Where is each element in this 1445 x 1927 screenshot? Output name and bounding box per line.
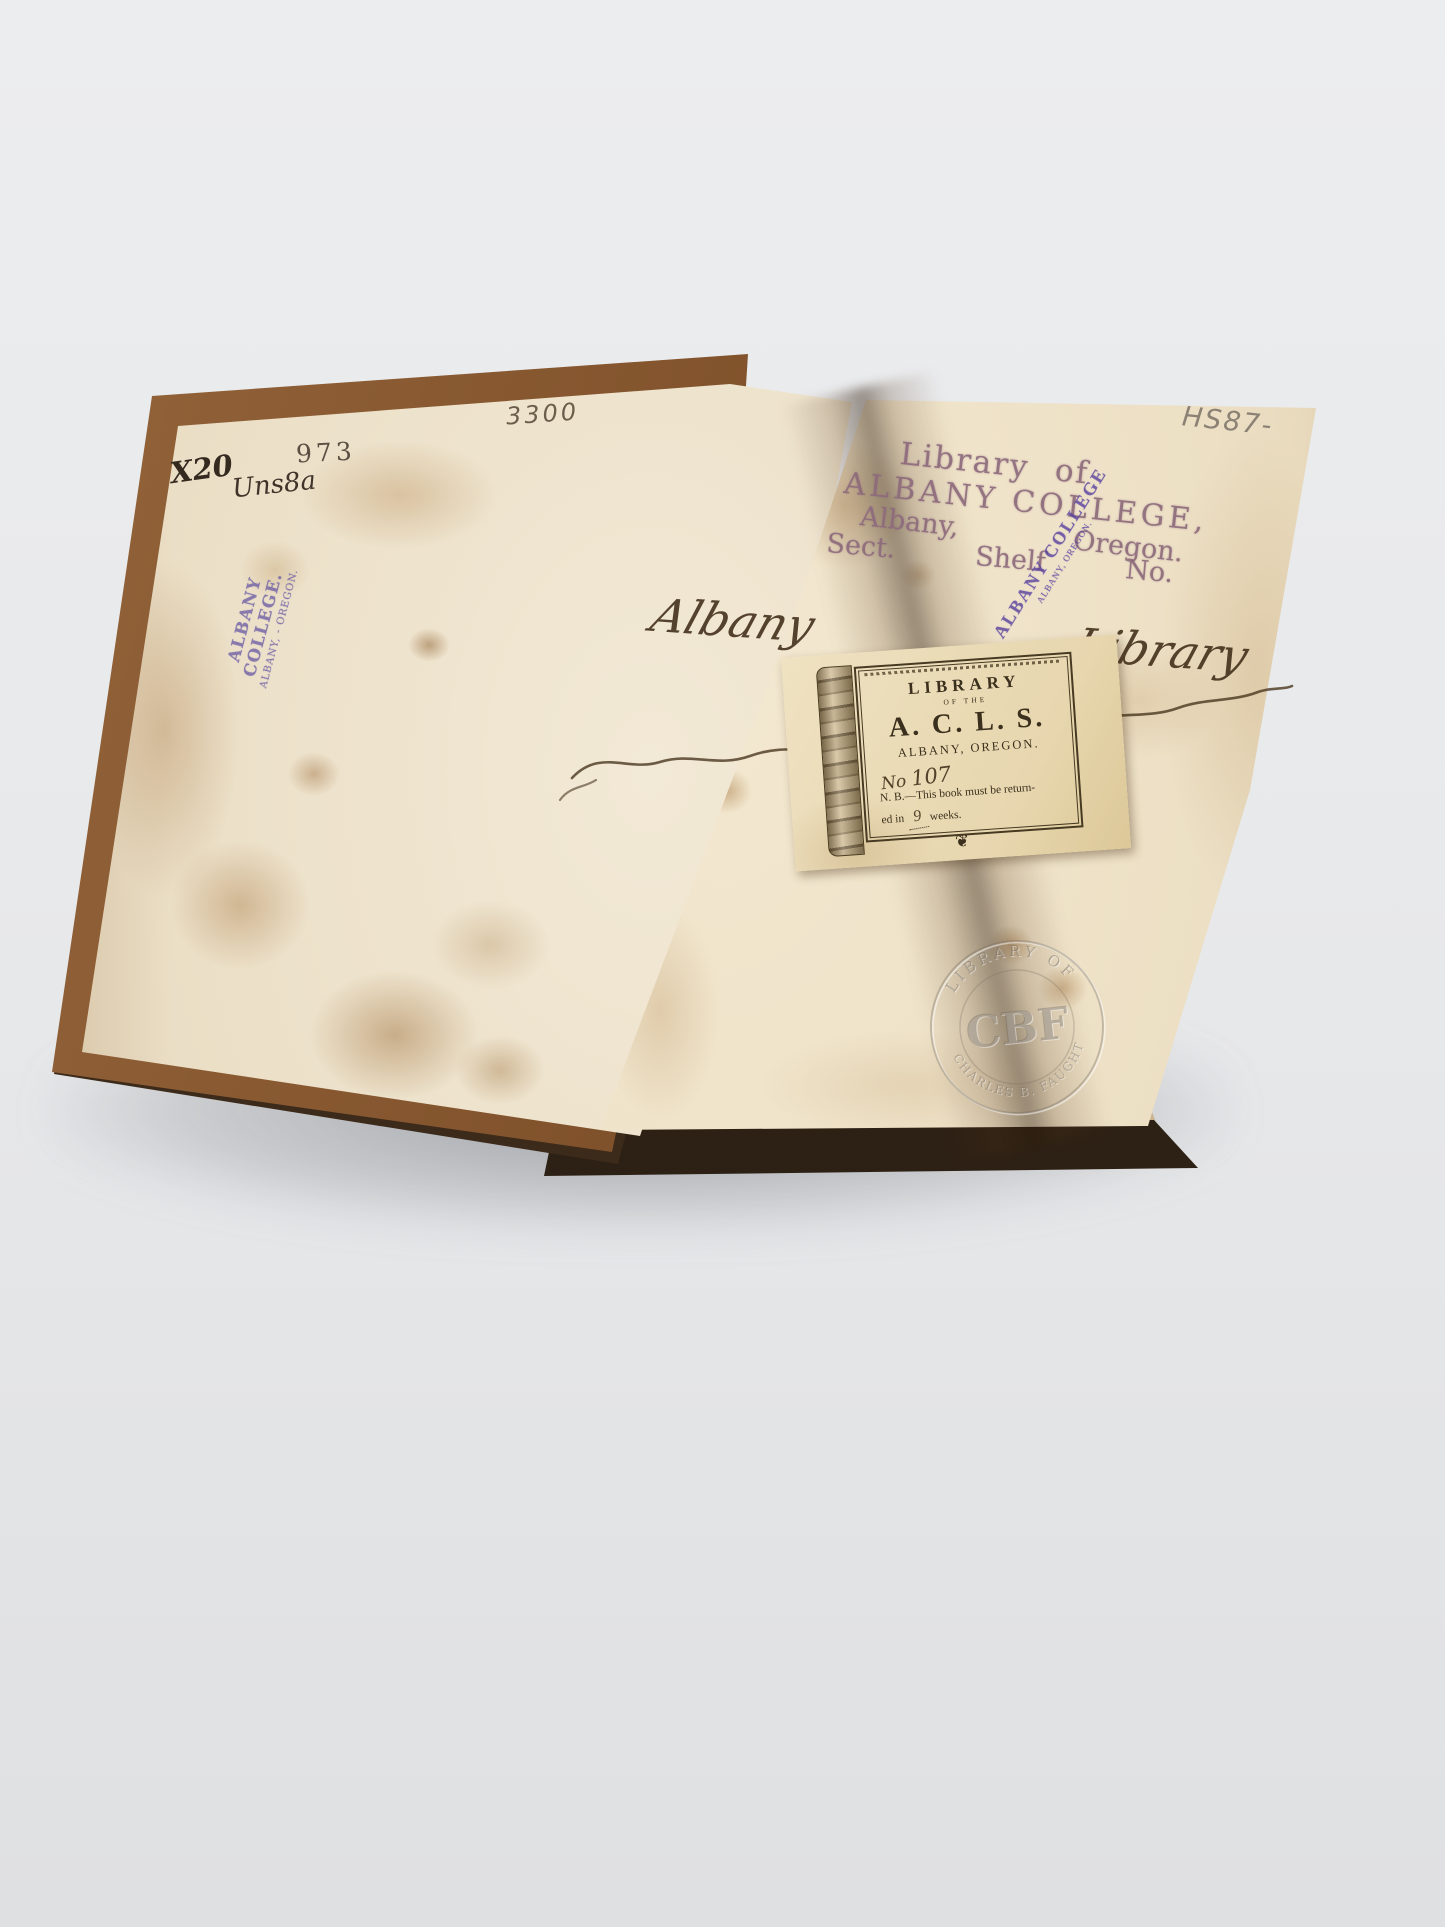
signature-scrawl-flourish xyxy=(560,780,596,800)
page-block-edge xyxy=(0,0,1445,1927)
book-underside-shadow xyxy=(0,0,1445,1927)
ink-mark-x20: X20 xyxy=(168,448,235,490)
ink-call-number: Uns8a xyxy=(231,466,318,505)
accession-value: 107 xyxy=(910,762,953,791)
leather-cover-board xyxy=(0,0,1445,1927)
pencil-accession-mark: HS87- xyxy=(1181,401,1275,441)
inside-front-cover-page xyxy=(0,0,1445,1927)
notice-weeks-handwritten: 9 xyxy=(905,803,929,830)
bookplate-frame: LIBRARY OF THE A. C. L. S. ALBANY, OREGO… xyxy=(854,652,1084,843)
left-board-underside xyxy=(0,0,1445,1927)
notice-line2-pre: ed in xyxy=(881,812,904,826)
embossed-library-seal: LIBRARY OF LIBRARY OF CBF CBF CHARLES B.… xyxy=(913,923,1122,1132)
acls-bookplate: LIBRARY OF THE A. C. L. S. ALBANY, OREGO… xyxy=(781,635,1131,872)
photo-of-open-antique-book: LIBRARY OF LIBRARY OF CBF CBF CHARLES B.… xyxy=(0,0,1445,1927)
library-stamp-word-no: No. xyxy=(1124,554,1175,589)
handwritten-signature-scrawl xyxy=(0,0,1445,1927)
accession-prefix: No xyxy=(880,771,907,794)
library-stamp-word-sect: Sect. xyxy=(825,528,896,565)
bookplate-frame-inner: LIBRARY OF THE A. C. L. S. ALBANY, OREGO… xyxy=(858,656,1079,838)
pencil-number-3300: 3300 xyxy=(505,397,580,430)
seal-monogram: CBF xyxy=(963,998,1071,1060)
albany-college-rotated-stamp: ALBANY COLLEGE. ALBANY, - OREGON. xyxy=(209,520,310,726)
inscription-word-albany: Albany xyxy=(645,588,822,652)
flyleaf-page xyxy=(0,0,1445,1927)
ink-class-number: 973 xyxy=(295,436,356,468)
notice-line2-post: weeks. xyxy=(929,808,961,822)
